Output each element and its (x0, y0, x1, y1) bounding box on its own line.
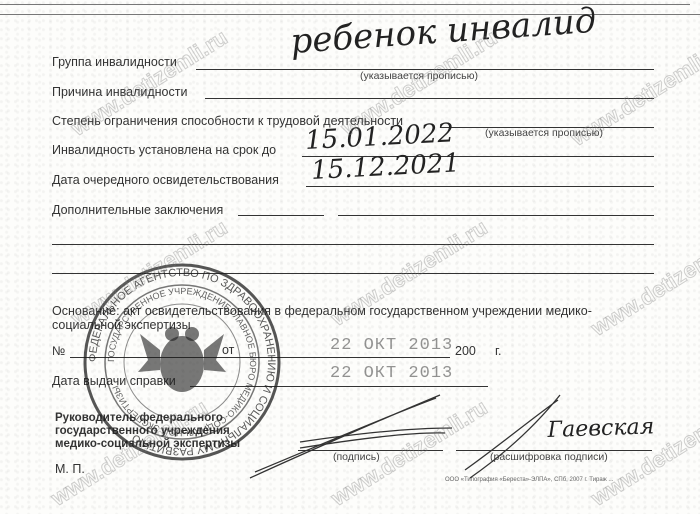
official-seal: ФЕДЕРАЛЬНОЕ АГЕНТСТВО ПО ЗДРАВООХРАНЕНИЮ… (82, 262, 282, 462)
eagle-emblem-icon (138, 327, 226, 392)
